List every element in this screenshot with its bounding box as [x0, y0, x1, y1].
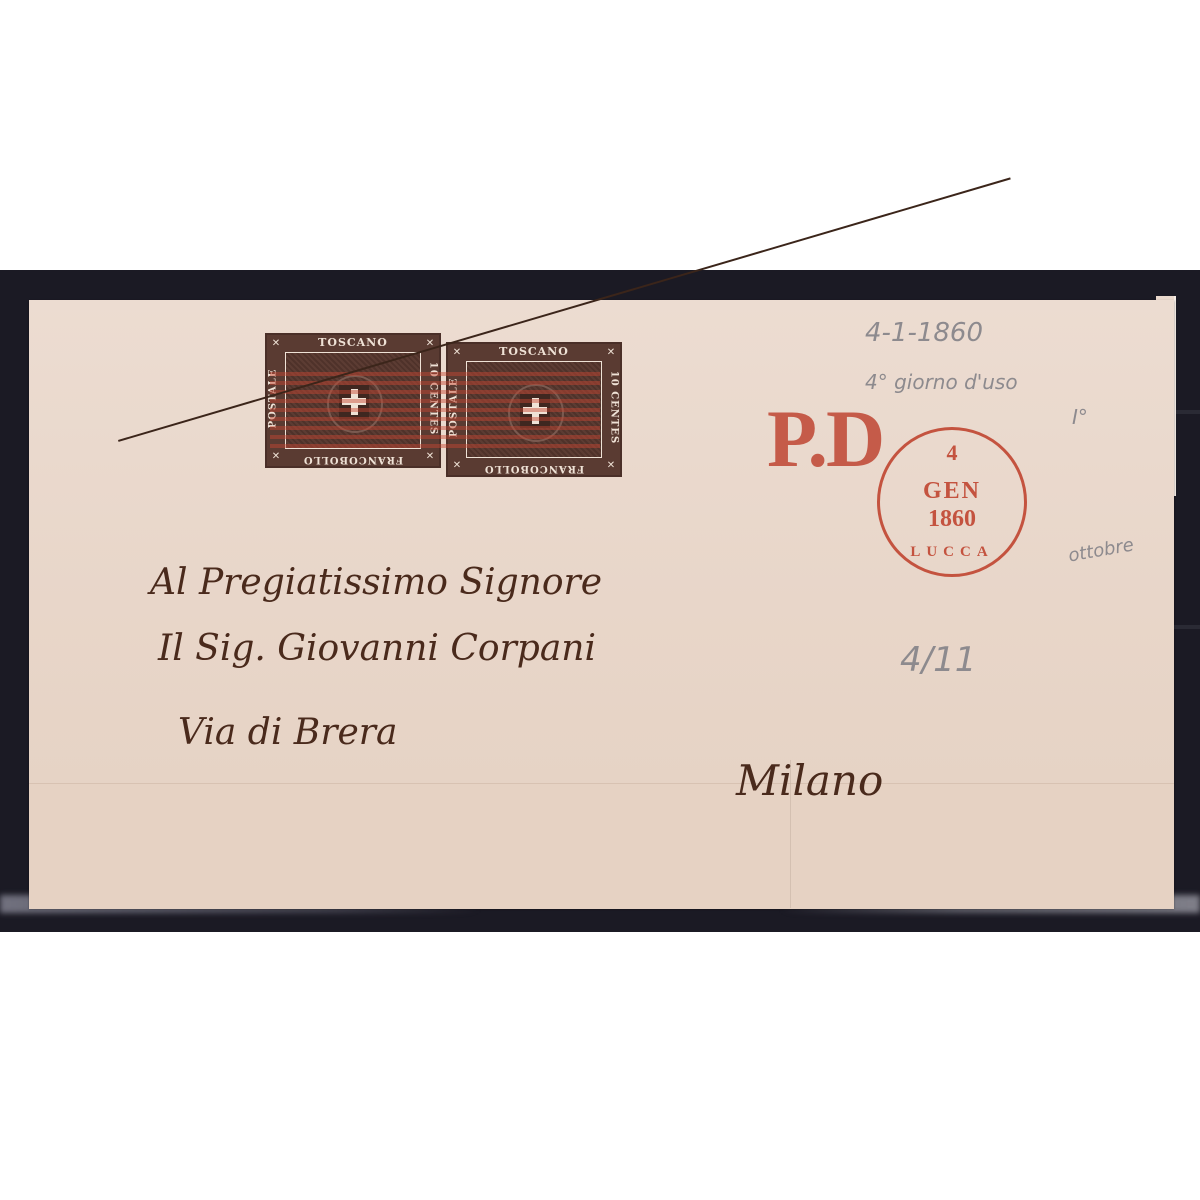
postmark-year: 1860 — [880, 506, 1024, 533]
savoy-cross-icon — [339, 385, 369, 419]
corner-ornament-icon: ✕ — [269, 337, 283, 351]
stamp-bottom-text: FRANCOBOLLO — [448, 463, 620, 474]
stamp-right-text: 10 CENTES — [609, 358, 620, 458]
corner-ornament-icon: ✕ — [604, 459, 618, 473]
lucca-postmark: 4 GEN 1860 LUCCA — [877, 427, 1027, 577]
address-city: Milano — [736, 756, 883, 805]
pd-handstamp: P.D — [767, 392, 883, 486]
stamp-left-text: POSTALE — [449, 358, 460, 458]
stamp-right-text: 10 CENTES — [428, 349, 439, 449]
corner-ornament-icon: ✕ — [604, 346, 618, 360]
pencil-code-note: 4/11 — [900, 640, 976, 680]
stamp-top-text: TOSCANO — [267, 336, 439, 349]
postmark-town: LUCCA — [880, 544, 1024, 561]
savoy-cross-icon — [520, 394, 550, 428]
stamp-left-text: POSTALE — [268, 349, 279, 449]
postmark-day: 4 — [880, 440, 1024, 466]
stamp-bottom-text: FRANCOBOLLO — [267, 454, 439, 465]
postmark-month: GEN — [880, 478, 1024, 505]
pencil-date-note: 4-1-1860 — [865, 318, 983, 348]
pencil-usage-note: 4° giorno d'uso — [865, 370, 1018, 394]
stamp-top-text: TOSCANO — [448, 345, 620, 358]
corner-ornament-icon: ✕ — [450, 346, 464, 360]
letter-fold — [29, 783, 1174, 909]
corner-ornament-icon: ✕ — [423, 450, 437, 464]
address-line-2: Il Sig. Giovanni Corpani — [158, 628, 596, 669]
stamp-2: TOSCANO FRANCOBOLLO POSTALE 10 CENTES ✕ … — [446, 342, 622, 477]
address-line-3: Via di Brera — [178, 712, 397, 753]
pencil-roman-note: I° — [1072, 405, 1088, 429]
address-line-1: Al Pregiatissimo Signore — [150, 562, 602, 603]
corner-ornament-icon: ✕ — [269, 450, 283, 464]
corner-ornament-icon: ✕ — [450, 459, 464, 473]
